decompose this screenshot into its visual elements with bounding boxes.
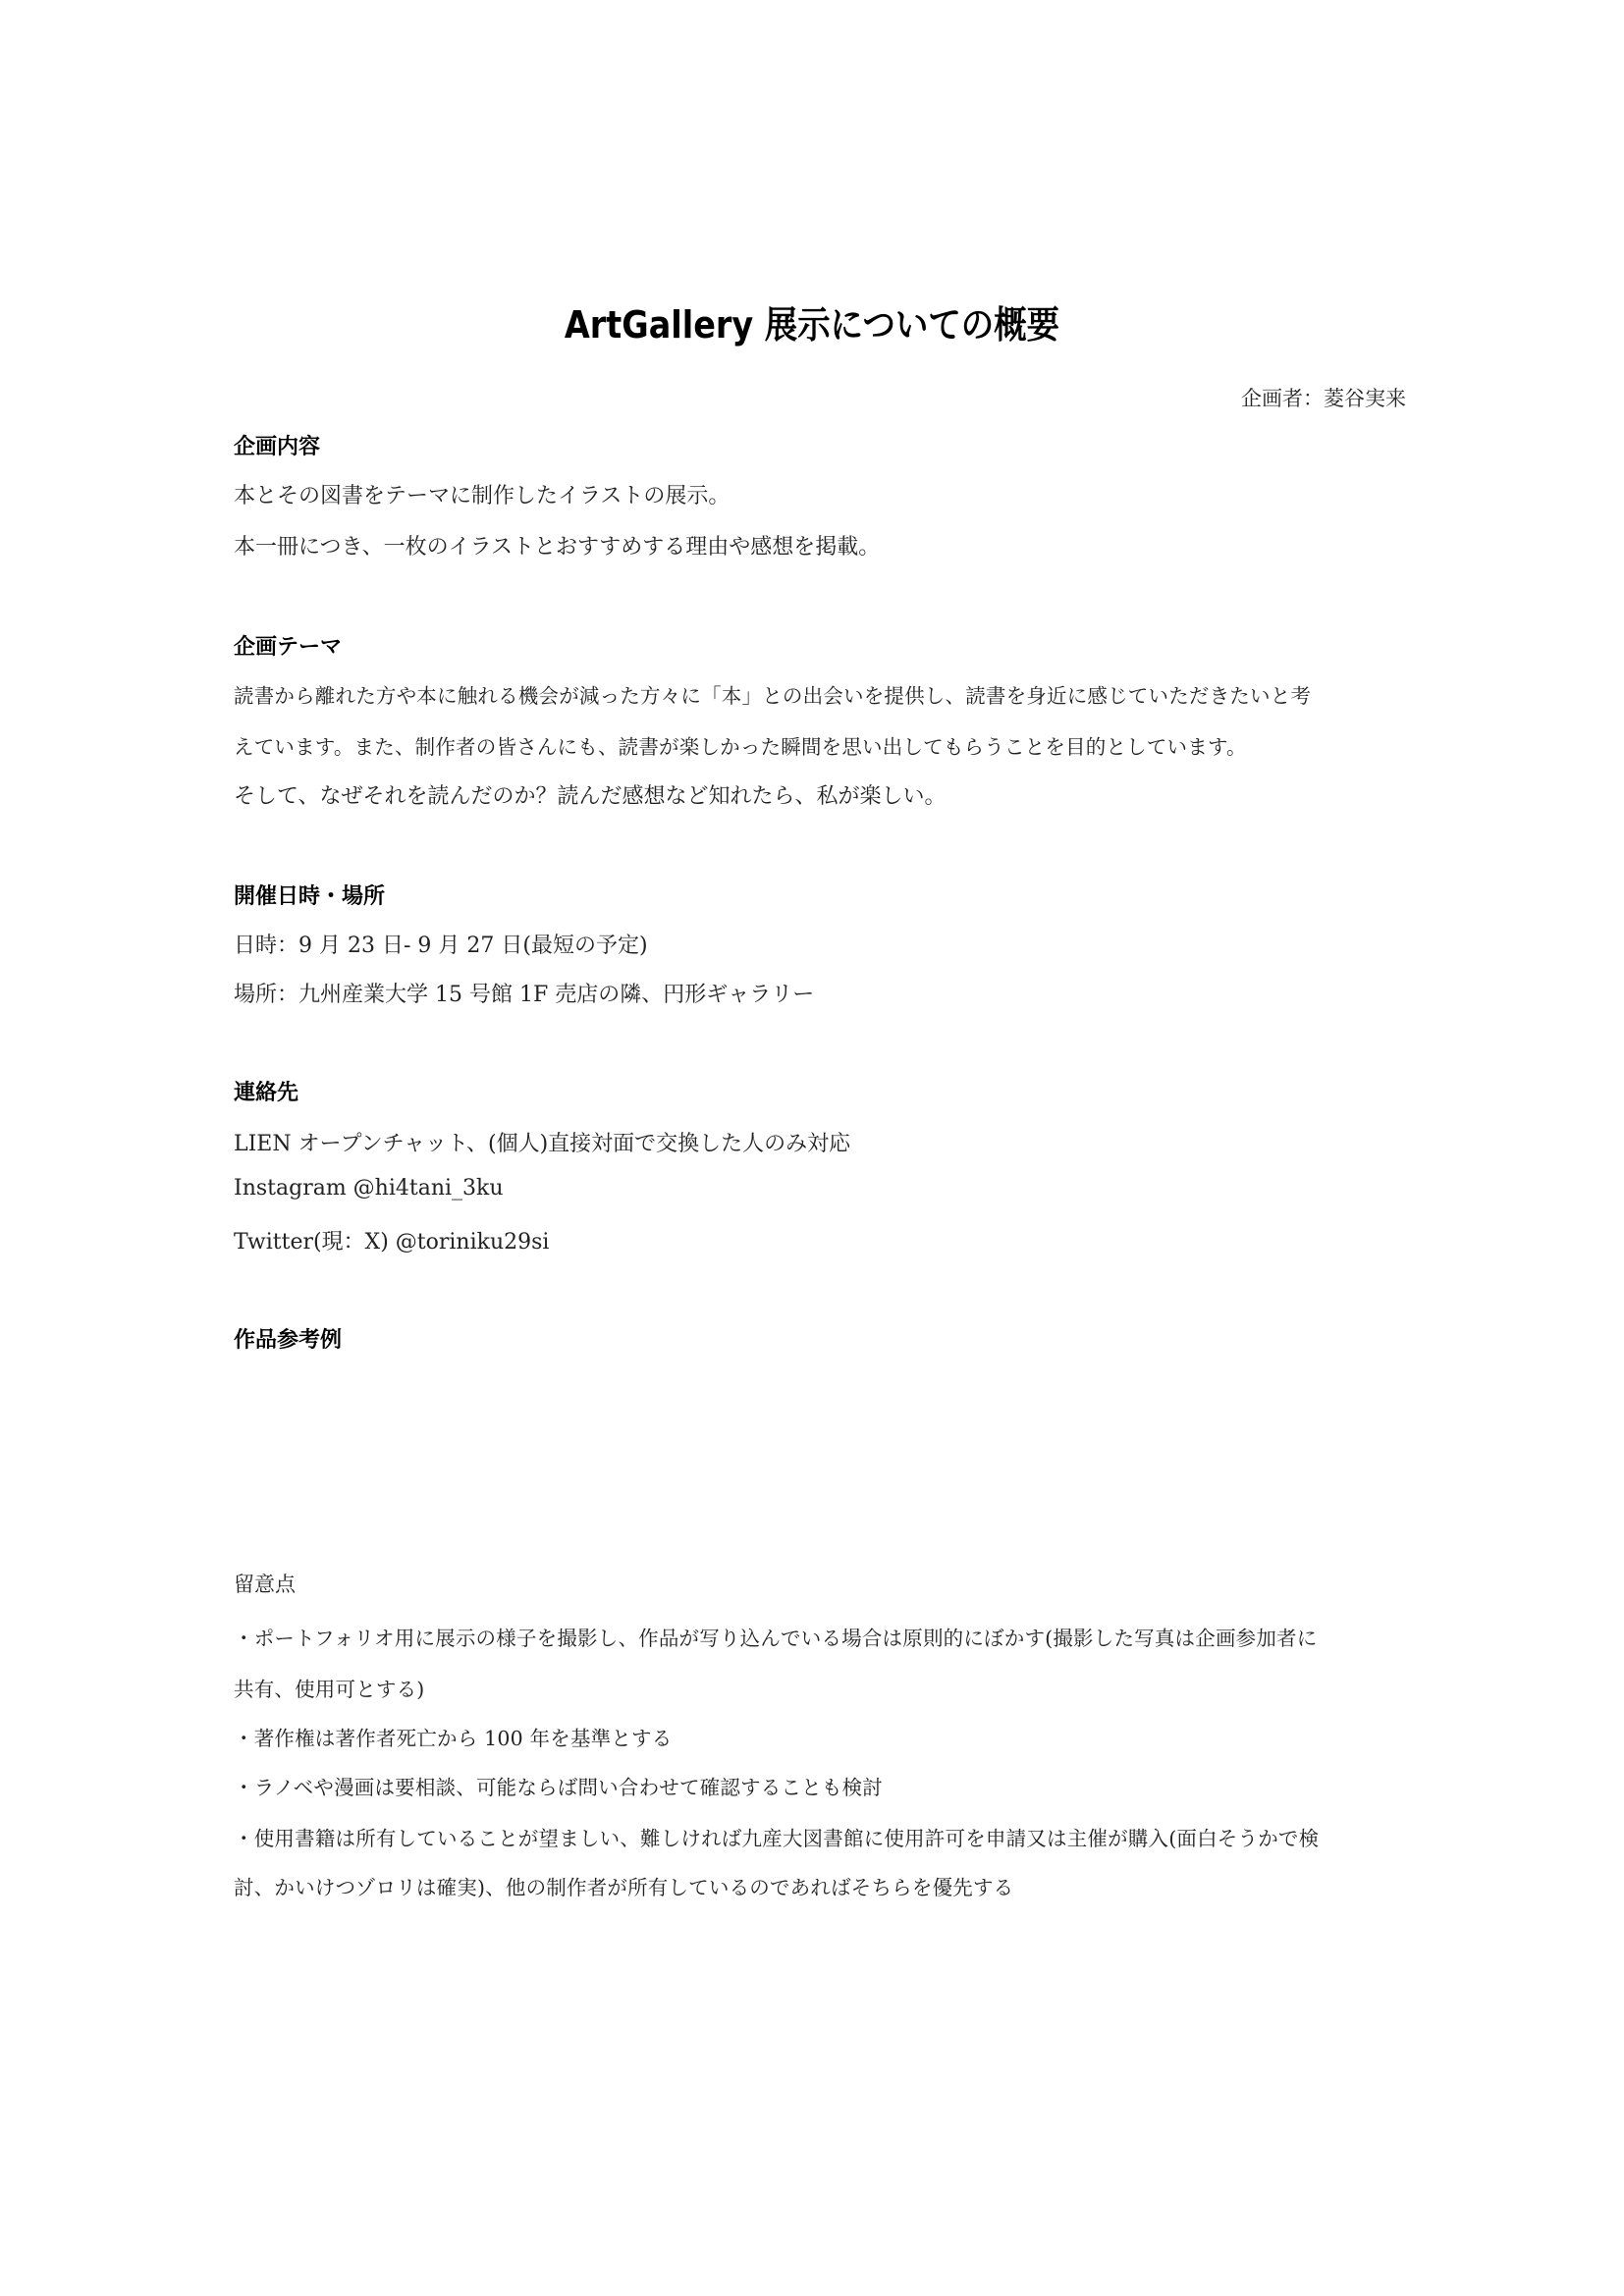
event-date: 日時：9 月 23 日‐ 9 月 27 日(最短の予定) bbox=[234, 929, 648, 959]
note-line-5: ・使用書籍は所有していることが望ましい、難しければ九産大図書館に使用許可を申請又… bbox=[234, 1822, 1319, 1851]
note-line-4: ・ラノベや漫画は要相談、可能ならば問い合わせて確認することも検討 bbox=[234, 1771, 883, 1800]
section-heading-work-examples: 作品参考例 bbox=[234, 1323, 342, 1354]
contact-instagram: Instagram @hi4tani_3ku bbox=[234, 1176, 504, 1201]
note-line-1: ・ポートフォリオ用に展示の様子を撮影し、作品が写り込んでいる場合は原則的にぼかす… bbox=[234, 1622, 1317, 1651]
contact-line: LIEN オープンチャット、(個人)直接対面で交換した人のみ対応 bbox=[234, 1127, 850, 1157]
document-page: ArtGallery 展示についての概要 企画者：菱谷実来 企画内容 本とその図… bbox=[0, 0, 1624, 2296]
plan-content-line-2: 本一冊につき、一枚のイラストとおすすめする理由や感想を掲載。 bbox=[234, 530, 880, 561]
note-line-2: 共有、使用可とする) bbox=[234, 1673, 425, 1702]
section-heading-date-place: 開催日時・場所 bbox=[234, 880, 385, 910]
document-title: ArtGallery 展示についての概要 bbox=[97, 294, 1527, 348]
organizer-line: 企画者：菱谷実来 bbox=[1241, 383, 1406, 412]
event-place: 場所：九州産業大学 15 号館 1F 売店の隣、円形ギャラリー bbox=[234, 978, 814, 1008]
contact-twitter: Twitter(現：X) @toriniku29si bbox=[234, 1225, 549, 1255]
plan-theme-line-2: えています。また、制作者の皆さんにも、読書が楽しかった瞬間を思い出してもらうこと… bbox=[234, 730, 1247, 760]
plan-theme-line-1: 読書から離れた方や本に触れる機会が減った方々に「本」との出会いを提供し、読書を身… bbox=[234, 679, 1311, 709]
notes-label: 留意点 bbox=[234, 1569, 296, 1598]
section-heading-contact: 連絡先 bbox=[234, 1076, 298, 1106]
plan-theme-line-3: そして、なぜそれを読んだのか？読んだ感想など知れたら、私が楽しい。 bbox=[234, 779, 947, 810]
note-line-3: ・著作権は著作者死亡から 100 年を基準とする bbox=[234, 1722, 672, 1751]
work-examples-area bbox=[234, 1364, 1402, 1541]
section-heading-plan-content: 企画内容 bbox=[234, 430, 320, 460]
plan-content-line-1: 本とその図書をテーマに制作したイラストの展示。 bbox=[234, 479, 730, 509]
note-line-6: 討、かいけつゾロリは確実)、他の制作者が所有しているのであればそちらを優先する bbox=[234, 1871, 1013, 1900]
section-heading-plan-theme: 企画テーマ bbox=[234, 630, 342, 661]
